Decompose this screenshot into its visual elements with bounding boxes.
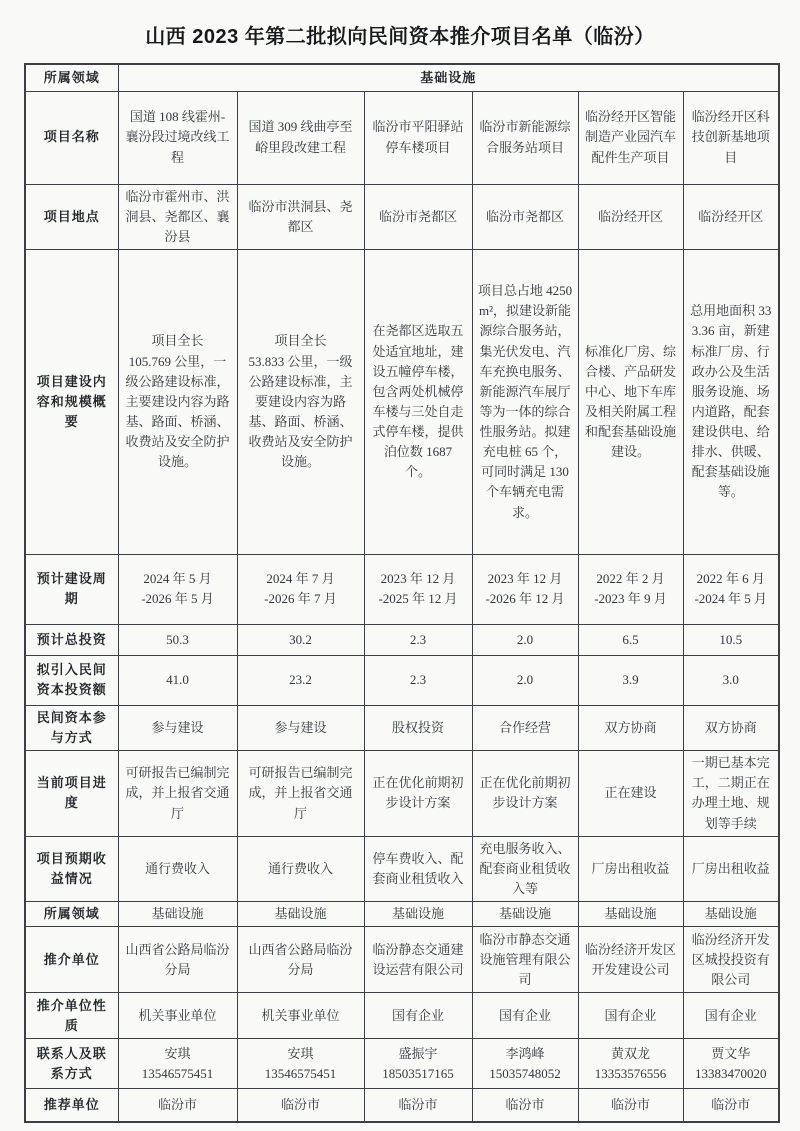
row-label: 拟引入民间资本投资额: [25, 655, 118, 705]
table-row: 项目建设内容和规模概要项目全长 105.769 公里，一级公路建设标准，主要建设…: [25, 249, 779, 554]
table-row: 推介单位性质机关事业单位机关事业单位国有企业国有企业国有企业国有企业: [25, 993, 779, 1039]
project-table: 所属领域 基础设施 项目名称国道 108 线霍州-襄汾段过境改线工程国道 309…: [24, 63, 780, 1123]
sector-header-value: 基础设施: [118, 64, 779, 91]
table-cell: 参与建设: [237, 705, 364, 750]
table-cell: 临汾市尧都区: [364, 184, 472, 249]
row-label: 预计总投资: [25, 624, 118, 655]
table-cell: 项目全长 105.769 公里，一级公路建设标准，主要建设内容为路基、路面、桥涵…: [118, 249, 237, 554]
table-cell: 临汾经开区科技创新基地项目: [683, 91, 779, 184]
table-cell: 临汾经济开发区城投投资有限公司: [683, 927, 779, 993]
row-label: 项目建设内容和规模概要: [25, 249, 118, 554]
table-cell: 国有企业: [683, 993, 779, 1039]
table-cell: 临汾市新能源综合服务站项目: [472, 91, 578, 184]
row-label: 当前项目进度: [25, 751, 118, 837]
table-cell: 通行费收入: [237, 836, 364, 901]
table-cell: 3.0: [683, 655, 779, 705]
row-label: 推介单位性质: [25, 993, 118, 1039]
row-label: 项目预期收益情况: [25, 836, 118, 901]
page-title: 山西 2023 年第二批拟向民间资本推介项目名单（临汾）: [0, 20, 800, 49]
row-label: 项目地点: [25, 184, 118, 249]
table-header-row: 所属领域 基础设施: [25, 64, 779, 91]
table-cell: 23.2: [237, 655, 364, 705]
table-cell: 3.9: [578, 655, 683, 705]
table-cell: 李鸿峰 15035748052: [472, 1039, 578, 1089]
table-cell: 临汾市平阳驿站停车楼项目: [364, 91, 472, 184]
table-cell: 2.3: [364, 624, 472, 655]
table-cell: 临汾市: [364, 1089, 472, 1122]
table-cell: 2022 年 2 月 -2023 年 9 月: [578, 554, 683, 624]
table-cell: 临汾市霍州市、洪洞县、尧都区、襄汾县: [118, 184, 237, 249]
table-cell: 临汾经开区智能制造产业园汽车配件生产项目: [578, 91, 683, 184]
table-row: 项目名称国道 108 线霍州-襄汾段过境改线工程国道 309 线曲亭至峪里段改建…: [25, 91, 779, 184]
table-cell: 基础设施: [472, 902, 578, 927]
table-cell: 临汾市静态交通设施管理有限公司: [472, 927, 578, 993]
table-cell: 一期已基本完工，二期正在办理土地、规划等手续: [683, 751, 779, 837]
table-cell: 标准化厂房、综合楼、产品研发中心、地下车库及相关附属工程和配套基础设施建设。: [578, 249, 683, 554]
project-table-body: 所属领域 基础设施 项目名称国道 108 线霍州-襄汾段过境改线工程国道 309…: [25, 64, 779, 1122]
table-cell: 安琪 13546575451: [237, 1039, 364, 1089]
table-row: 当前项目进度可研报告已编制完成，并上报省交通厅可研报告已编制完成，并上报省交通厅…: [25, 751, 779, 837]
table-cell: 临汾市: [683, 1089, 779, 1122]
table-cell: 国有企业: [472, 993, 578, 1039]
table-cell: 充电服务收入、配套商业租赁收入等: [472, 836, 578, 901]
table-cell: 山西省公路局临汾分局: [237, 927, 364, 993]
table-cell: 临汾经济开发区开发建设公司: [578, 927, 683, 993]
table-row: 推介单位山西省公路局临汾分局山西省公路局临汾分局临汾静态交通建设运营有限公司临汾…: [25, 927, 779, 993]
table-cell: 50.3: [118, 624, 237, 655]
table-cell: 正在优化前期初步设计方案: [472, 751, 578, 837]
table-cell: 临汾市洪洞县、尧都区: [237, 184, 364, 249]
table-cell: 机关事业单位: [118, 993, 237, 1039]
table-cell: 30.2: [237, 624, 364, 655]
table-row: 民间资本参与方式参与建设参与建设股权投资合作经营双方协商双方协商: [25, 705, 779, 750]
table-cell: 国道 108 线霍州-襄汾段过境改线工程: [118, 91, 237, 184]
row-label: 所属领域: [25, 902, 118, 927]
table-cell: 临汾市尧都区: [472, 184, 578, 249]
table-row: 预计总投资50.330.22.32.06.510.5: [25, 624, 779, 655]
table-cell: 项目总占地 4250m²，拟建设新能源综合服务站，集光伏发电、汽车充换电服务、新…: [472, 249, 578, 554]
row-label: 预计建设周期: [25, 554, 118, 624]
table-cell: 贾文华 13383470020: [683, 1039, 779, 1089]
table-cell: 厂房出租收益: [578, 836, 683, 901]
table-cell: 正在建设: [578, 751, 683, 837]
table-cell: 2.0: [472, 624, 578, 655]
table-cell: 参与建设: [118, 705, 237, 750]
table-cell: 41.0: [118, 655, 237, 705]
table-cell: 山西省公路局临汾分局: [118, 927, 237, 993]
table-cell: 2024 年 7 月 -2026 年 7 月: [237, 554, 364, 624]
table-cell: 正在优化前期初步设计方案: [364, 751, 472, 837]
row-label: 项目名称: [25, 91, 118, 184]
table-cell: 双方协商: [578, 705, 683, 750]
table-cell: 基础设施: [118, 902, 237, 927]
table-cell: 2.3: [364, 655, 472, 705]
table-cell: 2023 年 12 月 -2025 年 12 月: [364, 554, 472, 624]
table-cell: 停车费收入、配套商业租赁收入: [364, 836, 472, 901]
table-cell: 机关事业单位: [237, 993, 364, 1039]
table-cell: 基础设施: [683, 902, 779, 927]
table-cell: 通行费收入: [118, 836, 237, 901]
table-row: 预计建设周期2024 年 5 月 -2026 年 5 月2024 年 7 月 -…: [25, 554, 779, 624]
table-cell: 股权投资: [364, 705, 472, 750]
table-row: 推荐单位临汾市临汾市临汾市临汾市临汾市临汾市: [25, 1089, 779, 1122]
table-cell: 2024 年 5 月 -2026 年 5 月: [118, 554, 237, 624]
table-cell: 厂房出租收益: [683, 836, 779, 901]
row-label: 联系人及联系方式: [25, 1039, 118, 1089]
table-cell: 可研报告已编制完成，并上报省交通厅: [237, 751, 364, 837]
table-cell: 临汾市: [237, 1089, 364, 1122]
row-label: 推荐单位: [25, 1089, 118, 1122]
table-cell: 国道 309 线曲亭至峪里段改建工程: [237, 91, 364, 184]
table-row: 所属领域基础设施基础设施基础设施基础设施基础设施基础设施: [25, 902, 779, 927]
row-label: 所属领域: [25, 64, 118, 91]
table-cell: 可研报告已编制完成，并上报省交通厅: [118, 751, 237, 837]
table-cell: 国有企业: [364, 993, 472, 1039]
table-cell: 临汾市: [118, 1089, 237, 1122]
table-row: 拟引入民间资本投资额41.023.22.32.03.93.0: [25, 655, 779, 705]
table-cell: 临汾经开区: [578, 184, 683, 249]
table-cell: 总用地面积 333.36 亩，新建标准厂房、行政办公及生活服务设施、场内道路，配…: [683, 249, 779, 554]
table-cell: 基础设施: [578, 902, 683, 927]
table-cell: 黄双龙 13353576556: [578, 1039, 683, 1089]
document-page: 山西 2023 年第二批拟向民间资本推介项目名单（临汾） 所属领域 基础设施 项…: [0, 0, 800, 1131]
table-cell: 合作经营: [472, 705, 578, 750]
table-row: 项目地点临汾市霍州市、洪洞县、尧都区、襄汾县临汾市洪洞县、尧都区临汾市尧都区临汾…: [25, 184, 779, 249]
table-cell: 2022 年 6 月 -2024 年 5 月: [683, 554, 779, 624]
table-cell: 临汾市: [472, 1089, 578, 1122]
table-row: 联系人及联系方式安琪 13546575451安琪 13546575451盛振宇 …: [25, 1039, 779, 1089]
table-row: 项目预期收益情况通行费收入通行费收入停车费收入、配套商业租赁收入充电服务收入、配…: [25, 836, 779, 901]
row-label: 民间资本参与方式: [25, 705, 118, 750]
row-label: 推介单位: [25, 927, 118, 993]
table-cell: 2.0: [472, 655, 578, 705]
table-cell: 10.5: [683, 624, 779, 655]
table-cell: 2023 年 12 月 -2026 年 12 月: [472, 554, 578, 624]
table-cell: 临汾静态交通建设运营有限公司: [364, 927, 472, 993]
table-cell: 双方协商: [683, 705, 779, 750]
table-cell: 基础设施: [237, 902, 364, 927]
table-cell: 临汾经开区: [683, 184, 779, 249]
table-cell: 项目全长 53.833 公里，一级公路建设标准，主要建设内容为路基、路面、桥涵、…: [237, 249, 364, 554]
table-cell: 国有企业: [578, 993, 683, 1039]
table-cell: 临汾市: [578, 1089, 683, 1122]
table-cell: 在尧都区选取五处适宜地址，建设五幢停车楼，包含两处机械停车楼与三处自走式停车楼，…: [364, 249, 472, 554]
table-cell: 盛振宇 18503517165: [364, 1039, 472, 1089]
table-cell: 安琪 13546575451: [118, 1039, 237, 1089]
table-cell: 6.5: [578, 624, 683, 655]
table-cell: 基础设施: [364, 902, 472, 927]
